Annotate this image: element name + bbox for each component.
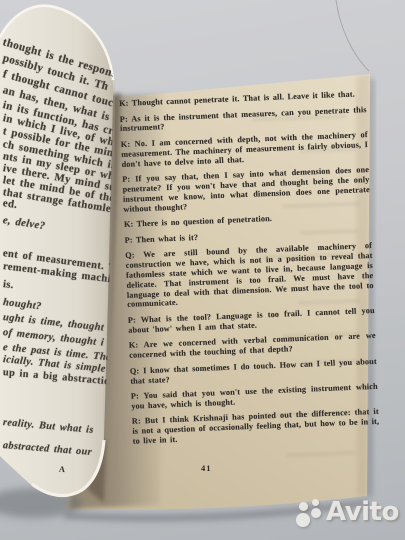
dialogue-paragraph: Q: I know that sometimes I do touch. How… (130, 357, 378, 386)
page-number: 41 (201, 463, 212, 473)
avito-watermark: Avito (295, 496, 399, 530)
signature-mark: A (59, 464, 66, 474)
right-page-text: K: Thought cannot penetrate it. That is … (119, 89, 380, 452)
dialogue-paragraph: K: No. I am concerned with depth, not wi… (121, 130, 369, 169)
left-page-line: is. (2, 279, 14, 291)
watermark-label: Avito (326, 496, 399, 528)
left-page-line: ed. (2, 197, 18, 211)
dialogue-paragraph: P: You said that you won't use the exist… (131, 382, 379, 411)
book-photo: thought is the response of thpossibly to… (0, 0, 405, 540)
dialogue-paragraph: K: Are we concerned with verbal communic… (129, 331, 377, 360)
left-page-line: reality. But what is (3, 417, 95, 436)
dialogue-paragraph: P: What is the tool? Language is too fra… (128, 306, 376, 335)
logo-dot (299, 502, 308, 511)
dialogue-paragraph: P: As it is the instrument that measures… (120, 105, 368, 134)
left-page-line: e, delve? (2, 214, 46, 232)
dialogue-paragraph: P: If you say that, then I say into what… (122, 165, 370, 214)
avito-dots-logo-icon (295, 496, 325, 530)
logo-dot (296, 513, 310, 527)
dialogue-paragraph: R: But I think Krishnaji has pointed out… (132, 407, 380, 446)
dialogue-paragraph: Q: We are still bound by the available m… (125, 241, 374, 310)
logo-dot (311, 508, 321, 518)
left-page-line: abstracted that our (3, 440, 93, 458)
logo-dot (312, 499, 319, 506)
left-page-line: hought? (2, 297, 42, 312)
hair-strand (336, 0, 369, 71)
